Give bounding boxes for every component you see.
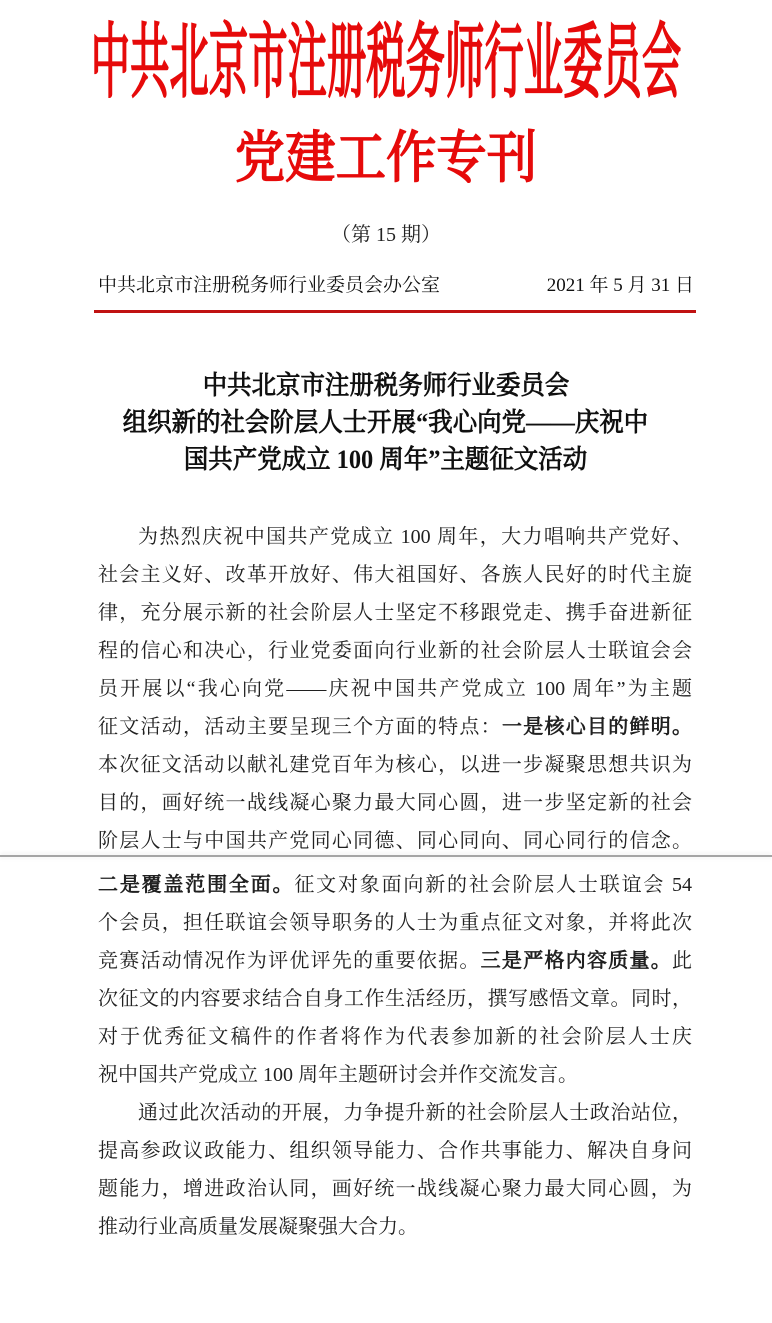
article-title-line: 中共北京市注册税务师行业委员会: [89, 367, 683, 404]
body-line: 员开展以“我心向党——庆祝中国共产党成立 100 周年”为主题: [98, 670, 692, 708]
body-line: 目的，画好统一战线凝心聚力最大同心圆，进一步坚定新的社会: [98, 784, 692, 822]
body-line: 祝中国共产党成立 100 周年主题研讨会并作交流发言。: [98, 1056, 692, 1094]
body-line: 通过此次活动的开展，力争提升新的社会阶层人士政治站位，: [98, 1094, 692, 1132]
publishing-office: 中共北京市注册税务师行业委员会办公室: [98, 274, 440, 298]
body-line: 为热烈庆祝中国共产党成立 100 周年，大力唱响共产党好、: [98, 518, 692, 556]
body-line: 提高参政议政能力、组织领导能力、合作共事能力、解决自身问: [98, 1132, 692, 1170]
article-body-page-2: 二是覆盖范围全面。征文对象面向新的社会阶层人士联谊会 54个会员，担任联谊会领导…: [98, 866, 692, 1246]
body-line: 题能力，增进政治认同，画好统一战线凝心聚力最大同心圆，为: [98, 1170, 692, 1208]
body-line: 程的信心和决心，行业党委面向行业新的社会阶层人士联谊会会: [98, 632, 692, 670]
body-line: 推动行业高质量发展凝聚强大合力。: [98, 1208, 692, 1246]
body-line: 本次征文活动以献礼建党百年为核心，以进一步凝聚思想共识为: [98, 746, 692, 784]
article-title-line: 组织新的社会阶层人士开展“我心向党——庆祝中: [89, 404, 683, 441]
body-line: 对于优秀征文稿件的作者将作为代表参加新的社会阶层人士庆: [98, 1018, 692, 1056]
body-line: 征文活动，活动主要呈现三个方面的特点：一是核心目的鲜明。: [98, 708, 692, 746]
masthead-red-rule: [94, 310, 696, 313]
masthead-org-title-text: 中共北京市注册税务师行业委员会: [91, 22, 681, 104]
document-sheet: 中共北京市注册税务师行业委员会 党建工作专刊 （第 15 期） 中共北京市注册税…: [0, 0, 772, 1323]
issue-number: （第 15 期）: [0, 220, 772, 250]
article-title: 中共北京市注册税务师行业委员会组织新的社会阶层人士开展“我心向党——庆祝中国共产…: [89, 367, 683, 478]
body-line: 个会员，担任联谊会领导职务的人士为重点征文对象，并将此次: [98, 904, 692, 942]
masthead-journal-title-text: 党建工作专刊: [235, 131, 537, 187]
publication-date: 2021 年 5 月 31 日: [547, 274, 694, 298]
page-break-divider: [0, 855, 772, 857]
article-title-line: 国共产党成立 100 周年”主题征文活动: [89, 441, 683, 478]
masthead-info-row: 中共北京市注册税务师行业委员会办公室 2021 年 5 月 31 日: [98, 274, 694, 298]
body-line: 竞赛活动情况作为评优评先的重要依据。三是严格内容质量。此: [98, 942, 692, 980]
article-body-page-1: 为热烈庆祝中国共产党成立 100 周年，大力唱响共产党好、社会主义好、改革开放好…: [98, 518, 692, 860]
body-line: 次征文的内容要求结合自身工作生活经历，撰写感悟文章。同时，: [98, 980, 692, 1018]
body-line: 律，充分展示新的社会阶层人士坚定不移跟党走、携手奋进新征: [98, 594, 692, 632]
masthead-org-title: 中共北京市注册税务师行业委员会: [0, 14, 772, 112]
masthead-journal-title: 党建工作专刊: [0, 124, 772, 194]
body-line: 二是覆盖范围全面。征文对象面向新的社会阶层人士联谊会 54: [98, 866, 692, 904]
body-line: 社会主义好、改革开放好、伟大祖国好、各族人民好的时代主旋: [98, 556, 692, 594]
